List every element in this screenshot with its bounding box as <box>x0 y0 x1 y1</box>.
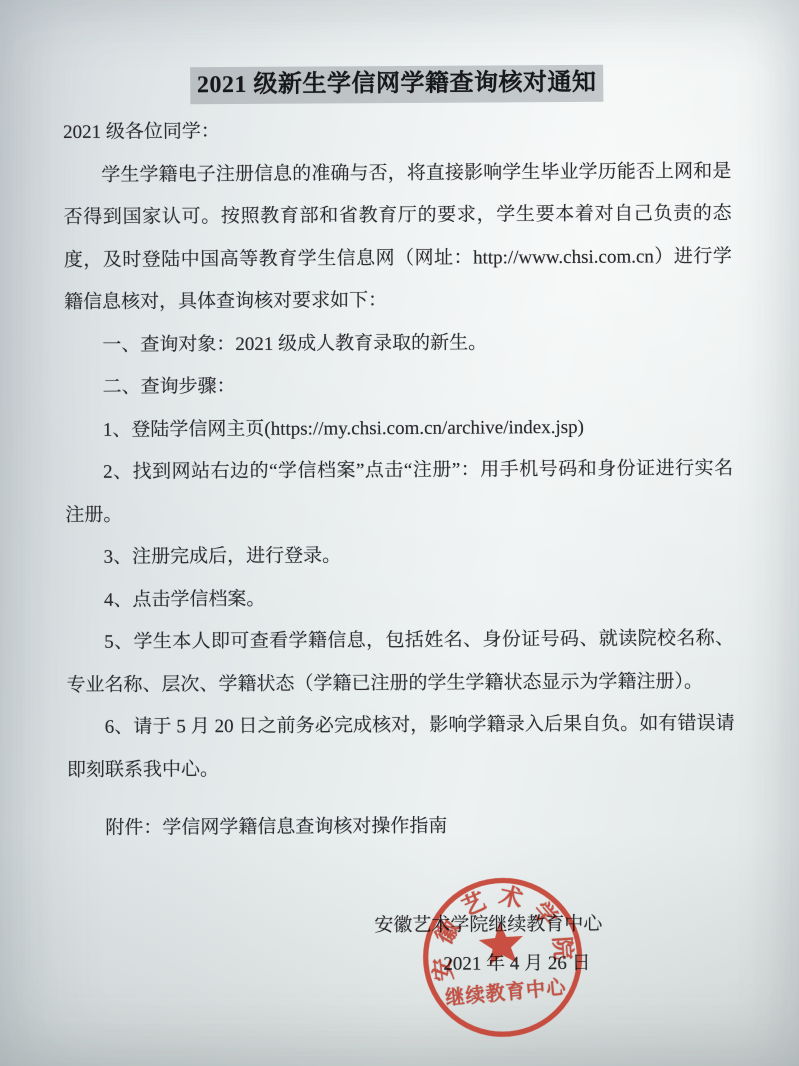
body-paragraph-target: 一、查询对象：2021 级成人教育录取的新生。 <box>64 320 732 367</box>
body-paragraph-step-1: 1、登陆学信网主页(https://my.chsi.com.cn/archive… <box>65 405 733 452</box>
attachment-line: 附件：学信网学籍信息查询核对操作指南 <box>67 804 735 851</box>
notice-title: 2021 级新生学信网学籍查询核对通知 <box>190 65 604 105</box>
salutation-line: 2021 级各位同学： <box>63 108 731 155</box>
body-paragraph-step-5: 5、学生本人即可查看学籍信息，包括姓名、身份证号码、就读院校名称、专业名称、层次… <box>66 618 735 707</box>
body-paragraph-step-2: 2、找到网站右边的“学信档案”点击“注册”：用手机号码和身份证进行实名注册。 <box>65 448 734 537</box>
seal-star-icon <box>477 920 525 966</box>
notice-sheet: 2021 级新生学信网学籍查询核对通知 2021 级各位同学： 学生学籍电子注册… <box>0 0 799 1066</box>
title-row: 2021 级新生学信网学籍查询核对通知 <box>0 64 796 106</box>
body-paragraph-step-3: 3、注册完成后，进行登录。 <box>66 533 734 580</box>
body-paragraph-steps-heading: 二、查询步骤： <box>64 363 732 410</box>
photographed-page: 2021 级新生学信网学籍查询核对通知 2021 级各位同学： 学生学籍电子注册… <box>0 0 799 1066</box>
seal-bottom-text: 继续教育中心 <box>444 975 567 1009</box>
notice-body: 2021 级各位同学： 学生学籍电子注册信息的准确与否，将直接影响学生毕业学历能… <box>63 108 735 851</box>
body-paragraph-step-4: 4、点击学信档案。 <box>66 575 734 622</box>
body-paragraph-intro: 学生学籍电子注册信息的准确与否，将直接影响学生毕业学历能否上网和是否得到国家认可… <box>63 150 732 324</box>
body-paragraph-step-6: 6、请于 5 月 20 日之前务必完成核对，影响学籍录入后果自负。如有错误请即刻… <box>67 703 736 792</box>
official-seal: 安徽艺术学院 继续教育中心 <box>409 864 596 1051</box>
